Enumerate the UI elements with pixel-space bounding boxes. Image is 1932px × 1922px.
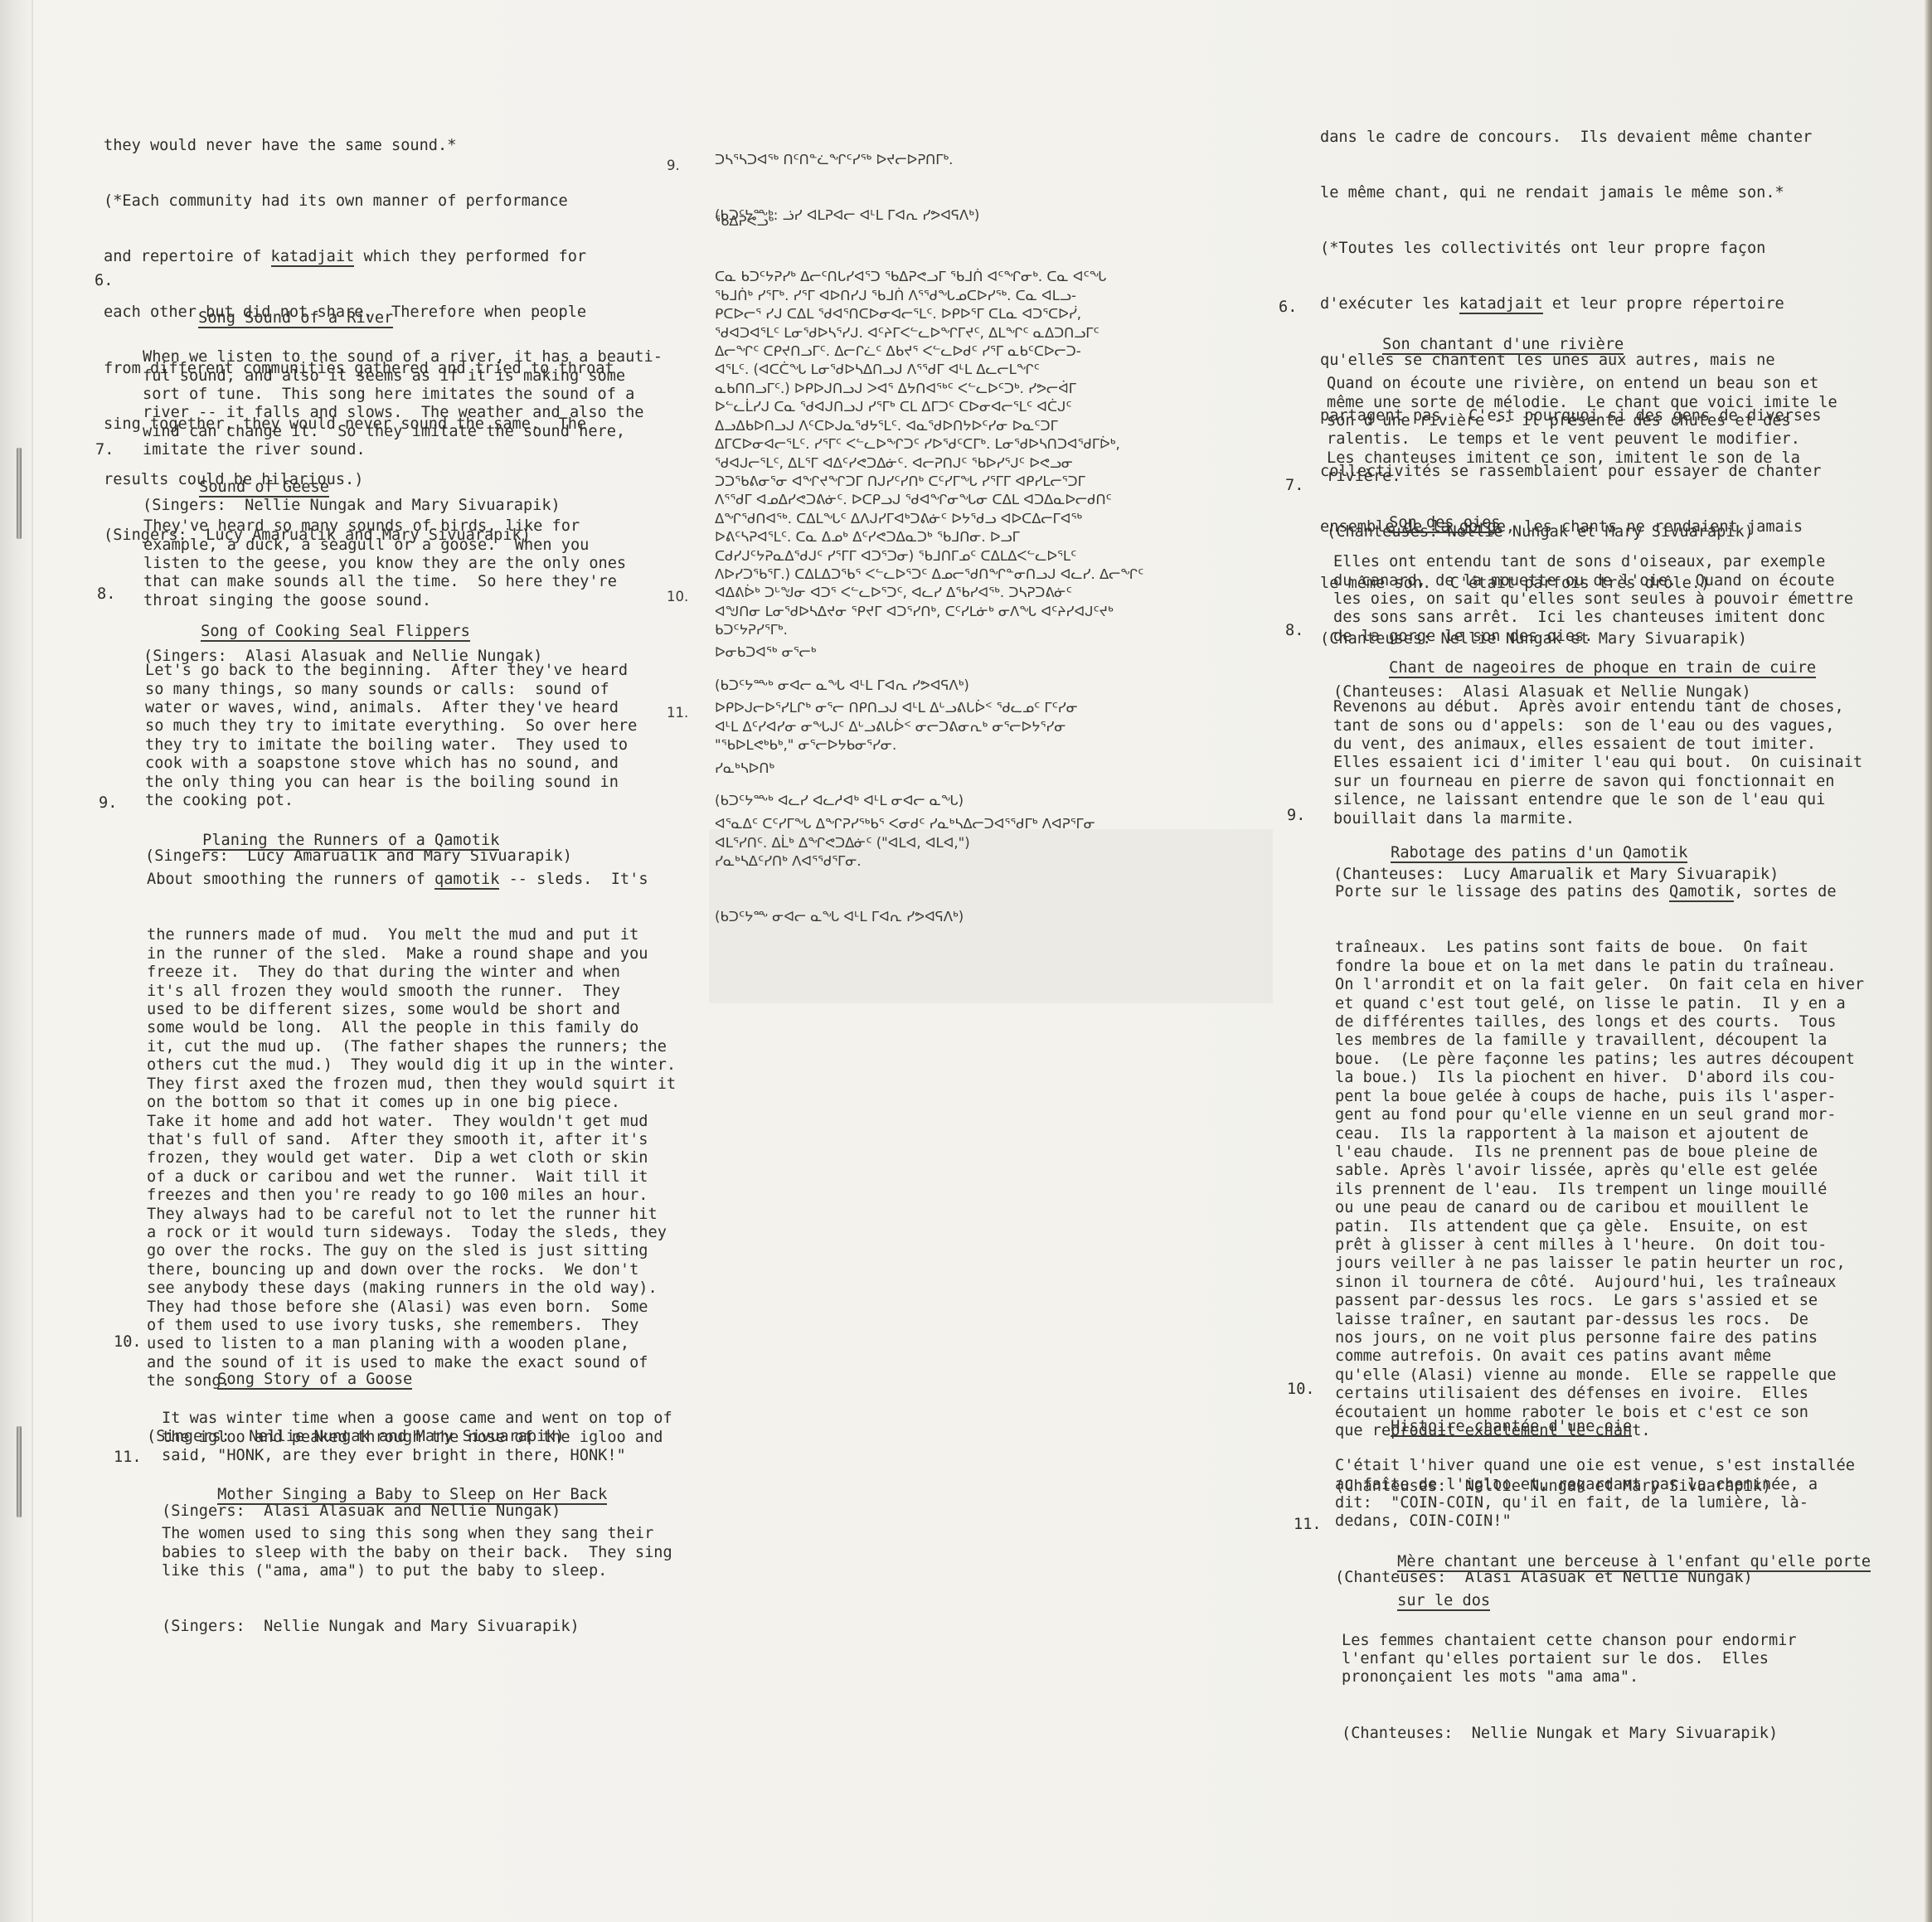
body-line: sort of tune. This song here imitates th…	[143, 386, 663, 404]
body-line: Elles ont entendu tant de sons d'oiseaux…	[1333, 553, 1853, 571]
qamotik-term: Qamotik	[1669, 883, 1734, 902]
body-line: ᑐᑐᖃᕕᓂᕐᓂ ᐊᖏᔪᖏᑐᒥ ᑎᒍᓯᑦᓯᑎᒃ ᑕᑦᓯᒥᖓ ᓯᕐᒥᒥ ᐊᑭᓯᒪᓕᕐ…	[715, 473, 1143, 491]
body-line: in the runner of the sled. Make a round …	[147, 945, 676, 963]
body-line: example, a duck, a seagull or a goose. W…	[143, 536, 626, 555]
item-number: 6.	[95, 272, 113, 290]
body-line: like this ("ama, ama") to put the baby t…	[162, 1562, 672, 1580]
body-line: ou une peau de canard ou de caribou et m…	[1335, 1199, 1864, 1217]
body-line: cook with a soapstone stove which has no…	[145, 755, 637, 773]
singers: (ᑲᑐᑦᔭᖖ ᓂᐊᓕ ᓇᖓ ᐊᒻᒪ ᒥᐊᕆ ᓯᕗᐊᕋᐱᒃ)	[715, 908, 1095, 926]
item-number: 11.	[1294, 1516, 1322, 1534]
body-line: boue. (Le père façonne les patins; les a…	[1335, 1051, 1864, 1069]
body-line: they try to imitate the boiling water. T…	[145, 736, 637, 755]
body-line: dit: "COIN-COIN, qu'il en fait, de la lu…	[1335, 1494, 1855, 1512]
body-line: sinon il tournera de côté. Aujourd'hui, …	[1335, 1274, 1864, 1292]
item-body: Quand on écoute une rivière, on entend u…	[1327, 375, 1837, 486]
item-number: 7.	[95, 441, 114, 459]
body-line: The women used to sing this song when th…	[162, 1525, 672, 1543]
body-line: They've heard so many sounds of birds, l…	[143, 517, 626, 536]
body-line: ᓇᑲᑎᑎᓗᒥᑦ.) ᐅᑭᐅᒍᑎᓗᒍ ᐳᐊᕐ ᐃᔭᑎᐊᖅᑦ ᐸᓪᓚᐅᑦᑐᒃ. ᓯᕗ…	[715, 380, 1143, 398]
body-line: ᐊᕐᓇᐃᑦ ᑕᑦᓯᒥᖓ ᐃᖏᕈᓯᕐᒃᑲᕐ ᐸᓂᑯᑦ ᓯᓇᒃᓴᐃᓕᑐᐊᕐᖁᒥᒃ ᐱ…	[715, 815, 1095, 833]
item-body: Let's go back to the beginning. After th…	[145, 662, 637, 810]
body-line: sur un fourneau en pierre de savon qui f…	[1333, 773, 1862, 791]
body-line: ᐅᓪᓚᒫᓯᒍ ᑕᓇ ᖁᐊᒍᑎᓗᒍ ᓯᕐᒥᒃ ᑕᒪ ᐃᒥᑐᑦ ᑕᐅᓂᐊᓕᕐᒪᑦ ᐊ…	[715, 398, 1143, 416]
body-line: the runners made of mud. You melt the mu…	[147, 926, 676, 944]
body-line: it's all frozen they would smooth the ru…	[147, 983, 676, 1001]
body-line: laisse traîner, en sautant par-dessus le…	[1335, 1311, 1864, 1329]
body-line: of a duck or caribou and wet the runner.…	[147, 1168, 676, 1187]
item-number: 8.	[1285, 622, 1303, 640]
fold-line	[32, 0, 33, 1922]
body-line: ᐅᕕᑦᓴᕈᐊᕐᒪᑦ. ᑕᓇ ᐃᓄᒃ ᐃᑦᓯᕙᑐᐃᓇᑐᒃ ᖃᒧᑎᓂ. ᐅᓗᒥ	[715, 528, 1143, 546]
item-title: Song of Cooking Seal Flippers	[201, 624, 470, 642]
inuktitut-item-11: 11. ᓯᓇᒃᓴᐅᑎᒃ ᐊᕐᓇᐃᑦ ᑕᑦᓯᒥᖓ ᐃᖏᕈᓯᕐᒃᑲᕐ ᐸᓂᑯᑦ ᓯᓇ…	[715, 704, 1095, 964]
item-title: Song Story of a Goose	[217, 1371, 412, 1390]
item-title: Son des oies	[1389, 515, 1500, 533]
body-line: nos jours, on ne voit plus personne fair…	[1335, 1329, 1864, 1347]
item-number: 10.	[667, 588, 688, 606]
item-body: ᐊᕐᓇᐃᑦ ᑕᑦᓯᒥᖓ ᐃᖏᕈᓯᕐᒃᑲᕐ ᐸᓂᑯᑦ ᓯᓇᒃᓴᐃᓕᑐᐊᕐᖁᒥᒃ ᐱ…	[715, 815, 1095, 871]
body-line: ᐊᕐᒪᑦ. (ᐊᑕᑖᖓ ᒪᓂᖁᐅᓴᐃᑎᓗᒍ ᐱᕐᖁᒥ ᐊᒻᒪ ᐃᓚᓕᒪᖏᑦ	[715, 361, 1143, 379]
item-number: 11.	[114, 1449, 142, 1467]
body-line: comme autrefois. On avait ces patins ava…	[1335, 1347, 1864, 1366]
body-line: tant de sons ou d'appels: son de l'eau o…	[1333, 717, 1862, 735]
item-title: ᐅᓂᑲᑐᐊᕐᒃ ᓂᕐᓕᒃ	[715, 643, 1078, 662]
body-line: On l'arrondit et on la fait geler. On fa…	[1335, 976, 1864, 994]
body-line: some would be long. All the people in th…	[147, 1019, 676, 1037]
item-body: ᑕᓇ ᑲᑐᑦᔭᕈᓯᒃ ᐃᓕᑦᑎᒐᓯᐊᕐᑐ ᖃᐃᕈᕙᓗᒥ ᖃᒧᑏ ᐊᑦᖏᓂᒃ. ᑕ…	[715, 268, 1143, 639]
item-title: Mother Singing a Baby to Sleep on Her Ba…	[217, 1487, 607, 1505]
body-line: Les chanteuses imitent ce son, imitent l…	[1327, 449, 1837, 468]
item-title: Son chantant d'une rivière	[1382, 337, 1624, 355]
body-line: ᓯᓇᒃᓴᐃᑦᓯᑎᒃ ᐱᐊᕐᖁᕐᒥᓂ.	[715, 852, 1095, 871]
body-line: freezes and then you're ready to go 100 …	[147, 1187, 676, 1205]
body-line: on the bottom so that it comes up in one…	[147, 1094, 676, 1112]
body-line: They always had to be careful not to let…	[147, 1206, 676, 1224]
body-line: so much they try to imitate everything. …	[145, 717, 637, 735]
body-line: sable. Après l'avoir lissée, après qu'el…	[1335, 1162, 1864, 1180]
body-line: of them used to use ivory tusks, she rem…	[147, 1317, 676, 1335]
item-title: Rabotage des patins d'un Qamotik	[1391, 845, 1687, 863]
body-line: ᑭᑕᐅᓕᕐ ᓯᒍ ᑕᐃᒪ ᖁᐊᕐᑎᑕᐅᓂᐊᓕᕐᒪᑦ. ᐅᑭᐅᕐᒥ ᑕᒪᓇ ᐊᑐᕐ…	[715, 305, 1143, 323]
body-line: les membres de la famille y travaillent,…	[1335, 1031, 1864, 1050]
inuktitut-column: ᑐᓴᕐᓴᑐᐊᕐᒃ ᑎᑦᑎᓐᓛᖏᑦᓯᕐᒃ ᐅᔪᓕᐅᕈᑎᒥᒃ. (ᑲᑐᑦᔭᖖᒃ: ᓘ…	[697, 114, 1260, 281]
body-line: Elles essaient ici d'imiter l'eau qui bo…	[1333, 754, 1862, 772]
item-title: Histoire chantée d'une oie	[1391, 1419, 1632, 1437]
body-line: When we listen to the sound of a river, …	[143, 348, 663, 366]
body-line: the igloo and peaked through the nose of…	[162, 1429, 672, 1447]
body-line: a rock or it would turn sideways. Today …	[147, 1224, 676, 1242]
body-line: ᐱᐅᓯᑐᖃᕐᒥ.) ᑕᐃᒪᐃᑐᖃᕐ ᐸᓪᓚᐅᕐᑐᑦ ᐃᓄᓕᖁᑎᖏᓐᓂᑎᓗᒍ ᐊᓚ…	[715, 565, 1143, 584]
body-line: go over the rocks. The guy on the sled i…	[147, 1242, 676, 1260]
body-line: passent par-dessus les rocs. Le gars s'a…	[1335, 1292, 1864, 1310]
body-line: there, bouncing up and down over the roc…	[147, 1261, 676, 1279]
body-line: ᑕᓇ ᑲᑐᑦᔭᕈᓯᒃ ᐃᓕᑦᑎᒐᓯᐊᕐᑐ ᖃᐃᕈᕙᓗᒥ ᖃᒧᑏ ᐊᑦᖏᓂᒃ. ᑕ…	[715, 268, 1143, 286]
booklet-spread: they would never have the same sound.* (…	[0, 0, 1932, 1922]
body-line: Take it home and add hot water. They wou…	[147, 1113, 676, 1131]
body-line: C'était l'hiver quand une oie est venue,…	[1335, 1457, 1855, 1475]
body-line: listen to the geese, you know they are t…	[143, 555, 626, 573]
item-number: 7.	[1285, 477, 1303, 495]
item-number: 10.	[114, 1333, 142, 1352]
body-line: la boue.) Ils la piochent en hiver. D'ab…	[1335, 1069, 1864, 1087]
french-column: dans le cadre de concours. Ils devaient …	[1310, 91, 1891, 370]
item-title: Chant de nageoires de phoque en train de…	[1389, 660, 1816, 678]
body-line: ᖃᒧᑏᒃ ᓯᕐᒥᒃ. ᓯᕐᒥ ᐊᐅᑎᓯᒍ ᖃᒧᑏ ᐱᕐᖁᖓᓄᑕᐅᓯᕐᒃ. ᑕᓇ …	[715, 287, 1143, 305]
english-column: they would never have the same sound.* (…	[104, 99, 684, 378]
item-number: 9.	[667, 157, 680, 175]
item-title: Sound of Geese	[199, 479, 329, 497]
item-title: ᖃᐃᕈᕙᓗᒃ	[715, 212, 1143, 231]
body-line: They had those before she (Alasi) was ev…	[147, 1298, 676, 1317]
body-line: du canard, de la mouette ou de l'oie. Qu…	[1333, 572, 1853, 590]
body-line: son d'une rivière -- il présente des chu…	[1327, 412, 1837, 430]
body-line: used to be different sizes, some would b…	[147, 1001, 676, 1019]
body-line: prononçaient les mots "ama ama".	[1342, 1668, 1871, 1687]
item-number: 10.	[1287, 1381, 1315, 1399]
french-item-11: 11. Mère chantant une berceuse à l'enfan…	[1342, 1516, 1871, 1780]
body-line: ᖁᐊᑐᐊᕐᒪᑦ ᒪᓂᖁᐅᓴᕐᓯᒍ. ᐊᑦᔨᒥᐸᓪᓚᐅᖏᒥᔪᑦ, ᐃᒪᖏᑦ ᓇᐃᑐ…	[715, 324, 1143, 342]
singers: (Chanteuses: Nellie Nungak et Mary Sivua…	[1342, 1725, 1871, 1743]
staple-bottom	[17, 1426, 22, 1517]
body-line: et quand c'est tout gelé, on lisse le pa…	[1335, 995, 1864, 1013]
body-line: ralentis. Le temps et le vent peuvent le…	[1327, 430, 1837, 449]
body-line: it, cut the mud up. (The father shapes t…	[147, 1038, 676, 1056]
body-line: the only thing you can hear is the boili…	[145, 774, 637, 792]
item-title: Planing the Runners of a Qamotik	[202, 832, 499, 851]
body-line: wind can change it. So they imitate the …	[143, 423, 663, 441]
page-edge	[1925, 0, 1932, 1922]
body-line: Let's go back to the beginning. After th…	[145, 662, 637, 680]
body-line: pent la boue gelée à coups de hache, pui…	[1335, 1088, 1864, 1106]
body-line: Les femmes chantaient cette chanson pour…	[1342, 1632, 1871, 1650]
item-body: Les femmes chantaient cette chanson pour…	[1342, 1632, 1871, 1687]
body-line: ful sound, and also it seems as if it is…	[143, 367, 663, 386]
body-line: frozen, they would get water. Dip a wet …	[147, 1149, 676, 1167]
body-line: They first axed the frozen mud, then the…	[147, 1075, 676, 1094]
body-line: ᖁᐊᒍᓕᕐᒪᑦ, ᐃᒪᕐᒥ ᐊᐃᑦᓯᕙᑐᐃᓃᑦ. ᐊᓕᕈᑎᒍᑦ ᖃᐅᓯᕐᒍᑦ ᐅ…	[715, 454, 1143, 473]
item-title-line-1: Mère chantant une berceuse à l'enfant qu…	[1397, 1554, 1871, 1572]
item-number: 6.	[1279, 298, 1297, 317]
body-line: ᐱᕐᖁᒥ ᐊᓄᐃᓯᕙᑐᕕᓃᑦ. ᐅᑕᑭᓗᒍ ᖁᐊᖏᓂᖓᓂ ᑕᐃᒪ ᐊᑐᐃᓇᐅᓕᑯ…	[715, 491, 1143, 509]
body-line: Revenons au début. Après avoir entendu t…	[1333, 698, 1862, 716]
body-line: même une sorte de mélodie. Le chant que …	[1327, 394, 1837, 412]
body-line: au faîte de l'igloo et, regardant par la…	[1335, 1476, 1855, 1494]
body-line: de différentes tailles, des longs et des…	[1335, 1013, 1864, 1031]
item-body: the runners made of mud. You melt the mu…	[147, 926, 676, 1391]
body-line: fondre la boue et on la met dans le pati…	[1335, 958, 1864, 976]
body-line: jours veiller à ne pas laisser le patin …	[1335, 1255, 1864, 1273]
body-line: patin. Ils attendent que ça gèle. Ensuit…	[1335, 1218, 1864, 1236]
body-line: gent au fond pour qu'elle vienne en un s…	[1335, 1106, 1864, 1124]
body-line: ᐃᖏᖁᑎᐊᕐᒃ. ᑕᐃᒪᖓᑦ ᐃᐱᒍᓯᒥᐊᒃᑐᕕᓃᑦ ᐅᔭᖁᓗ ᐊᐅᑕᐃᓕᒥᐊᕐ…	[715, 510, 1143, 528]
english-item-11: 11. Mother Singing a Baby to Sleep on He…	[162, 1449, 672, 1673]
body-line: that's full of sand. After they smooth i…	[147, 1131, 676, 1149]
body-line: see anybody these days (making runners i…	[147, 1279, 676, 1298]
item-number: 8.	[97, 585, 115, 604]
item-body: The women used to sing this song when th…	[162, 1525, 672, 1580]
body-line: freeze it. They do that during the winte…	[147, 963, 676, 982]
qamotik-term: qamotik	[434, 871, 499, 890]
item-number: 9.	[99, 794, 117, 813]
body-line: l'eau chaude. Ils ne prennent pas de bou…	[1335, 1143, 1864, 1162]
body-line: traîneaux. Les patins sont faits de boue…	[1335, 939, 1864, 957]
body-line: ᑕᑯᓯᒍᑦᔭᕈᓇᐃᖁᒍᑦ ᓯᕐᒥᒥ ᐊᑐᕐᑐᓂ) ᖃᒧᑎᒥᓄᑦ ᑕᐃᒪᐃᐸᓪᓚᐅ…	[715, 547, 1143, 565]
body-line: others cut the mud.) They would dig it u…	[147, 1056, 676, 1075]
item-number: 11.	[667, 704, 688, 722]
body-line: river -- it falls and slows. The weather…	[143, 404, 663, 422]
item-body: traîneaux. Les patins sont faits de boue…	[1335, 939, 1864, 1440]
body-line: ᐃᓗᐃᑲᐅᑎᓗᒍ ᐱᑦᑕᐅᒍᓇᖁᔭᕐᒪᑦ. ᐊᓇᖁᐅᑎᔭᐅᑦᓯᓂ ᐅᓇᑦᑐᒥ	[715, 417, 1143, 435]
singers: (Singers: Nellie Nungak and Mary Sivuara…	[162, 1618, 672, 1636]
body-line: prêt à glisser à cent milles à l'heure. …	[1335, 1236, 1864, 1255]
item-number: 9.	[1287, 807, 1305, 825]
body-line: ᐃᒥᑕᐅᓂᐊᓕᕐᒪᑦ. ᓯᕐᒥᑦ ᐸᓪᓚᐅᖏᑐᑦ ᓯᐅᖁᑦᑕᒥᒃ. ᒪᓂᖁᐅᓴᑎ…	[715, 435, 1143, 454]
body-line: les oies, on sait qu'elles sont seules à…	[1333, 590, 1853, 609]
katadjait-term: katadjait	[271, 248, 355, 267]
body-line: Quand on écoute une rivière, on entend u…	[1327, 375, 1837, 393]
item-title: ᓯᓇᒃᓴᐅᑎᒃ	[715, 760, 1095, 778]
body-line: It was winter time when a goose came and…	[162, 1410, 672, 1428]
body-line: l'enfant qu'elles portaient sur le dos. …	[1342, 1650, 1871, 1668]
body-line: so many things, so many sounds or calls:…	[145, 681, 637, 699]
body-line: du vent, des animaux, elles essaient de …	[1333, 735, 1862, 754]
binding-gutter	[0, 0, 35, 1922]
body-line: ᐃᓕᖏᑦ ᑕᑭᔪᑎᓗᒥᑦ. ᐃᓕᒋᓛᑦ ᐃᑲᔪᕐ ᐸᓪᓚᐅᑯᑦ ᓯᕐᒥ ᓇᑲᑦᑕ…	[715, 342, 1143, 361]
staple-top	[17, 448, 22, 539]
item-title-line-2: sur le dos	[1397, 1593, 1490, 1611]
body-line: ils prennent de l'eau. Ils trempent un l…	[1335, 1181, 1864, 1199]
body-line: ᐊᒪᕐᓯᑎᑦ. ᐃᒫᒃ ᐃᖏᕙᑐᐃᓃᑦ ("ᐊᒪᐊ, ᐊᒪᐊ,")	[715, 834, 1095, 852]
item-title: Song Sound of a River	[198, 310, 393, 328]
body-line: ceau. Ils la rapportent à la maison et a…	[1335, 1125, 1864, 1143]
body-line: babies to sleep with the baby on their b…	[162, 1544, 672, 1562]
body-line: water or waves, wind, animals. After the…	[145, 699, 637, 717]
